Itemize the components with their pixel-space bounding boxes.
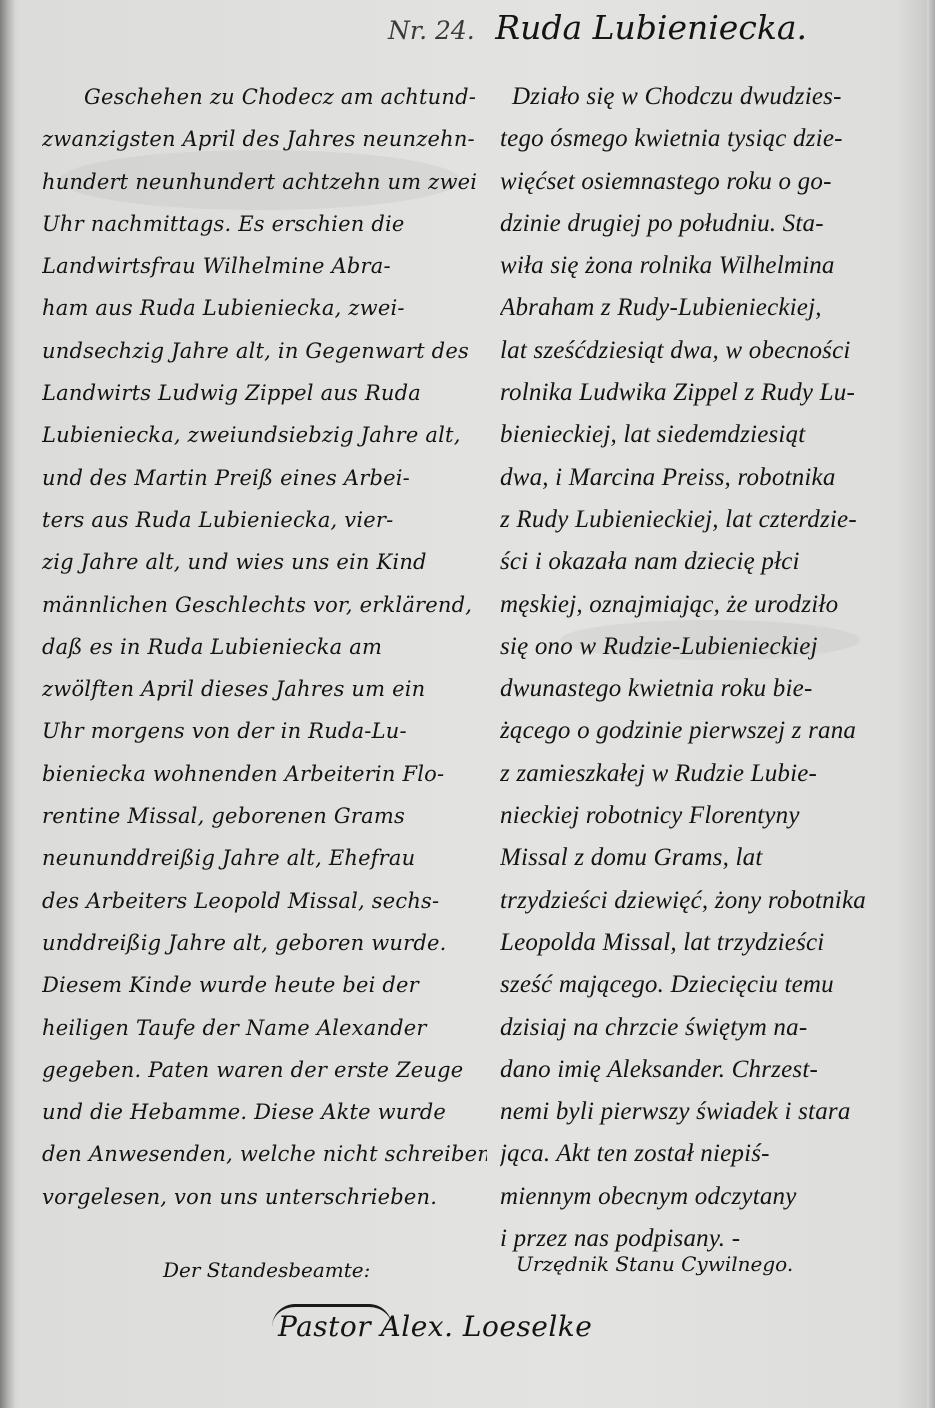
text-line: Missal z domu Grams, lat bbox=[500, 837, 920, 879]
polish-text-column: Działo się w Chodczu dwudzies- tego ósme… bbox=[500, 76, 920, 1260]
text-line: dwunastego kwietnia roku bie- bbox=[500, 668, 920, 710]
text-line: trzydzieści dziewięć, żony robotnika bbox=[500, 880, 920, 922]
signature-flourish bbox=[272, 1304, 392, 1327]
text-line: rolnika Ludwika Zippel z Rudy Lu- bbox=[500, 372, 920, 414]
text-line: ści i okazała nam dziecię płci bbox=[500, 541, 920, 583]
text-line: und des Martin Preiß eines Arbei- bbox=[42, 457, 487, 499]
text-line: unddreißig Jahre alt, geboren wurde. bbox=[42, 922, 487, 964]
text-line: zwanzigsten April des Jahres neunzehn- bbox=[42, 118, 487, 160]
text-line: jąca. Akt ten został niepiś- bbox=[500, 1133, 920, 1175]
text-line: miennym obecnym odczytany bbox=[500, 1176, 920, 1218]
text-line: z zamieszkałej w Rudzie Lubie- bbox=[500, 753, 920, 795]
text-line: Landwirts Ludwig Zippel aus Ruda bbox=[42, 372, 487, 414]
text-line: nemi byli pierwszy świadek i stara bbox=[500, 1091, 920, 1133]
text-line: sześć mającego. Dziecięciu temu bbox=[500, 964, 920, 1006]
text-line: nieckiej robotnicy Florentyny bbox=[500, 795, 920, 837]
text-line: bieniecka wohnenden Arbeiterin Flo- bbox=[42, 753, 487, 795]
text-line: neununddreißig Jahre alt, Ehefrau bbox=[42, 837, 487, 879]
text-line: Diesem Kinde wurde heute bei der bbox=[42, 964, 487, 1006]
text-line: dzinie drugiej po południu. Sta- bbox=[500, 203, 920, 245]
text-line: gegeben. Paten waren der erste Zeuge bbox=[42, 1049, 487, 1091]
german-text-column: Geschehen zu Chodecz am achtund- zwanzig… bbox=[42, 76, 487, 1218]
text-line: den Anwesenden, welche nicht schreiben bbox=[42, 1133, 487, 1175]
text-line: rentine Missal, geborenen Grams bbox=[42, 795, 487, 837]
text-line: ham aus Ruda Lubieniecka, zwei- bbox=[42, 287, 487, 329]
text-line: tego ósmego kwietnia tysiąc dzie- bbox=[500, 118, 920, 160]
page-right-edge bbox=[927, 0, 935, 1408]
text-line: dano imię Aleksander. Chrzest- bbox=[500, 1049, 920, 1091]
text-line: żącego o godzinie pierwszej z rana bbox=[500, 710, 920, 752]
register-page: Nr. 24. Ruda Lubieniecka. Geschehen zu C… bbox=[0, 0, 935, 1408]
text-line: vorgelesen, von uns unterschrieben. bbox=[42, 1176, 487, 1218]
text-line: zig Jahre alt, und wies uns ein Kind bbox=[42, 541, 487, 583]
text-line: ters aus Ruda Lubieniecka, vier- bbox=[42, 499, 487, 541]
text-line: undsechzig Jahre alt, in Gegenwart des bbox=[42, 330, 487, 372]
text-line: Uhr nachmittags. Es erschien die bbox=[42, 203, 487, 245]
text-line: więćset osiemnastego roku o go- bbox=[500, 161, 920, 203]
text-line: Abraham z Rudy-Lubienieckiej, bbox=[500, 287, 920, 329]
text-line: Działo się w Chodczu dwudzies- bbox=[500, 76, 920, 118]
text-line: wiła się żona rolnika Wilhelmina bbox=[500, 245, 920, 287]
text-line: Lubieniecka, zweiundsiebzig Jahre alt, bbox=[42, 414, 487, 456]
text-line: und die Hebamme. Diese Akte wurde bbox=[42, 1091, 487, 1133]
text-line: Geschehen zu Chodecz am achtund- bbox=[42, 76, 487, 118]
book-binding-edge bbox=[0, 0, 14, 1408]
text-line: hundert neunhundert achtzehn um zwei bbox=[42, 161, 487, 203]
pastor-signature: Pastor Alex. Loeselke bbox=[278, 1310, 592, 1343]
registrar-label-german: Der Standesbeamte: bbox=[163, 1258, 370, 1282]
text-line: Landwirtsfrau Wilhelmine Abra- bbox=[42, 245, 487, 287]
text-line: heiligen Taufe der Name Alexander bbox=[42, 1007, 487, 1049]
text-line: des Arbeiters Leopold Missal, sechs- bbox=[42, 880, 487, 922]
text-line: männlichen Geschlechts vor, erklärend, bbox=[42, 584, 487, 626]
text-line: się ono w Rudzie-Lubienieckiej bbox=[500, 626, 920, 668]
record-place: Ruda Lubieniecka. bbox=[495, 8, 807, 47]
text-line: męskiej, oznajmiając, że urodziło bbox=[500, 584, 920, 626]
text-line: z Rudy Lubienieckiej, lat czterdzie- bbox=[500, 499, 920, 541]
text-line: zwölften April dieses Jahres um ein bbox=[42, 668, 487, 710]
registrar-label-polish: Urzędnik Stanu Cywilnego. bbox=[516, 1252, 793, 1276]
text-line: Leopolda Missal, lat trzydzieści bbox=[500, 922, 920, 964]
text-line: dwa, i Marcina Preiss, robotnika bbox=[500, 457, 920, 499]
text-line: Uhr morgens von der in Ruda-Lu- bbox=[42, 710, 487, 752]
text-line: daß es in Ruda Lubieniecka am bbox=[42, 626, 487, 668]
text-line: lat sześćdziesiąt dwa, w obecności bbox=[500, 330, 920, 372]
text-line: dzisiaj na chrzcie świętym na- bbox=[500, 1007, 920, 1049]
record-heading: Nr. 24. Ruda Lubieniecka. bbox=[388, 8, 908, 47]
record-number: Nr. 24. bbox=[388, 16, 475, 45]
text-line: bienieckiej, lat siedemdziesiąt bbox=[500, 414, 920, 456]
